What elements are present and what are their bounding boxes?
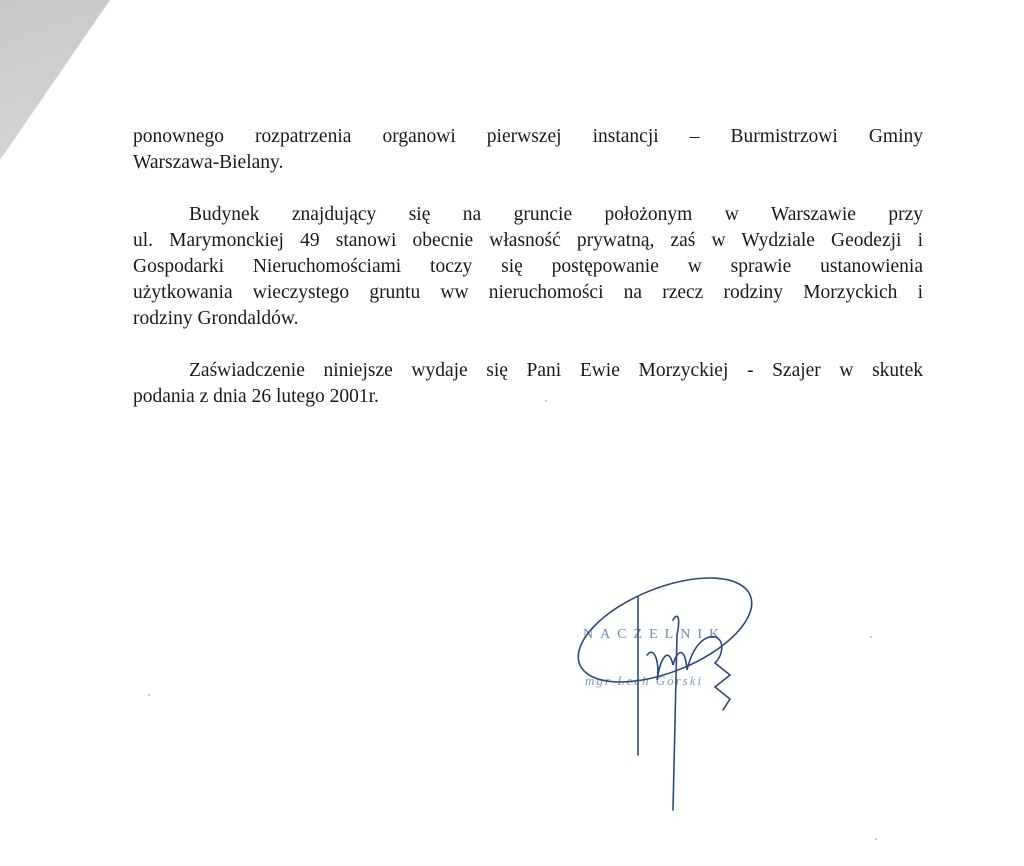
- document-body: ponownego rozpatrzenia organowi pierwsze…: [133, 124, 923, 410]
- paragraph-3: Zaświadczenie niniejsze wydaje się Pani …: [133, 358, 923, 410]
- scan-speck: [870, 636, 872, 638]
- scan-speck: [545, 400, 547, 402]
- scan-page-corner-shadow: [0, 0, 110, 160]
- text-line: Warszawa-Bielany.: [133, 150, 923, 176]
- text-line: rodziny Grondaldów.: [133, 306, 923, 332]
- text-line: ul. Marymonckiej 49 stanowi obecnie włas…: [133, 228, 923, 254]
- text-line: użytkowania wieczystego gruntu ww nieruc…: [133, 280, 923, 306]
- paragraph-2: Budynek znajdujący się na gruncie położo…: [133, 202, 923, 332]
- scan-speck: [875, 838, 877, 840]
- paragraph-1: ponownego rozpatrzenia organowi pierwsze…: [133, 124, 923, 176]
- text-line: Budynek znajdujący się na gruncie położo…: [133, 202, 923, 228]
- text-line: ponownego rozpatrzenia organowi pierwsze…: [133, 124, 923, 150]
- text-line: Zaświadczenie niniejsze wydaje się Pani …: [133, 358, 923, 384]
- scan-speck: [148, 694, 150, 696]
- signature-icon: [565, 575, 785, 815]
- text-line: Gospodarki Nieruchomościami toczy się po…: [133, 254, 923, 280]
- text-line: podania z dnia 26 lutego 2001r.: [133, 384, 923, 410]
